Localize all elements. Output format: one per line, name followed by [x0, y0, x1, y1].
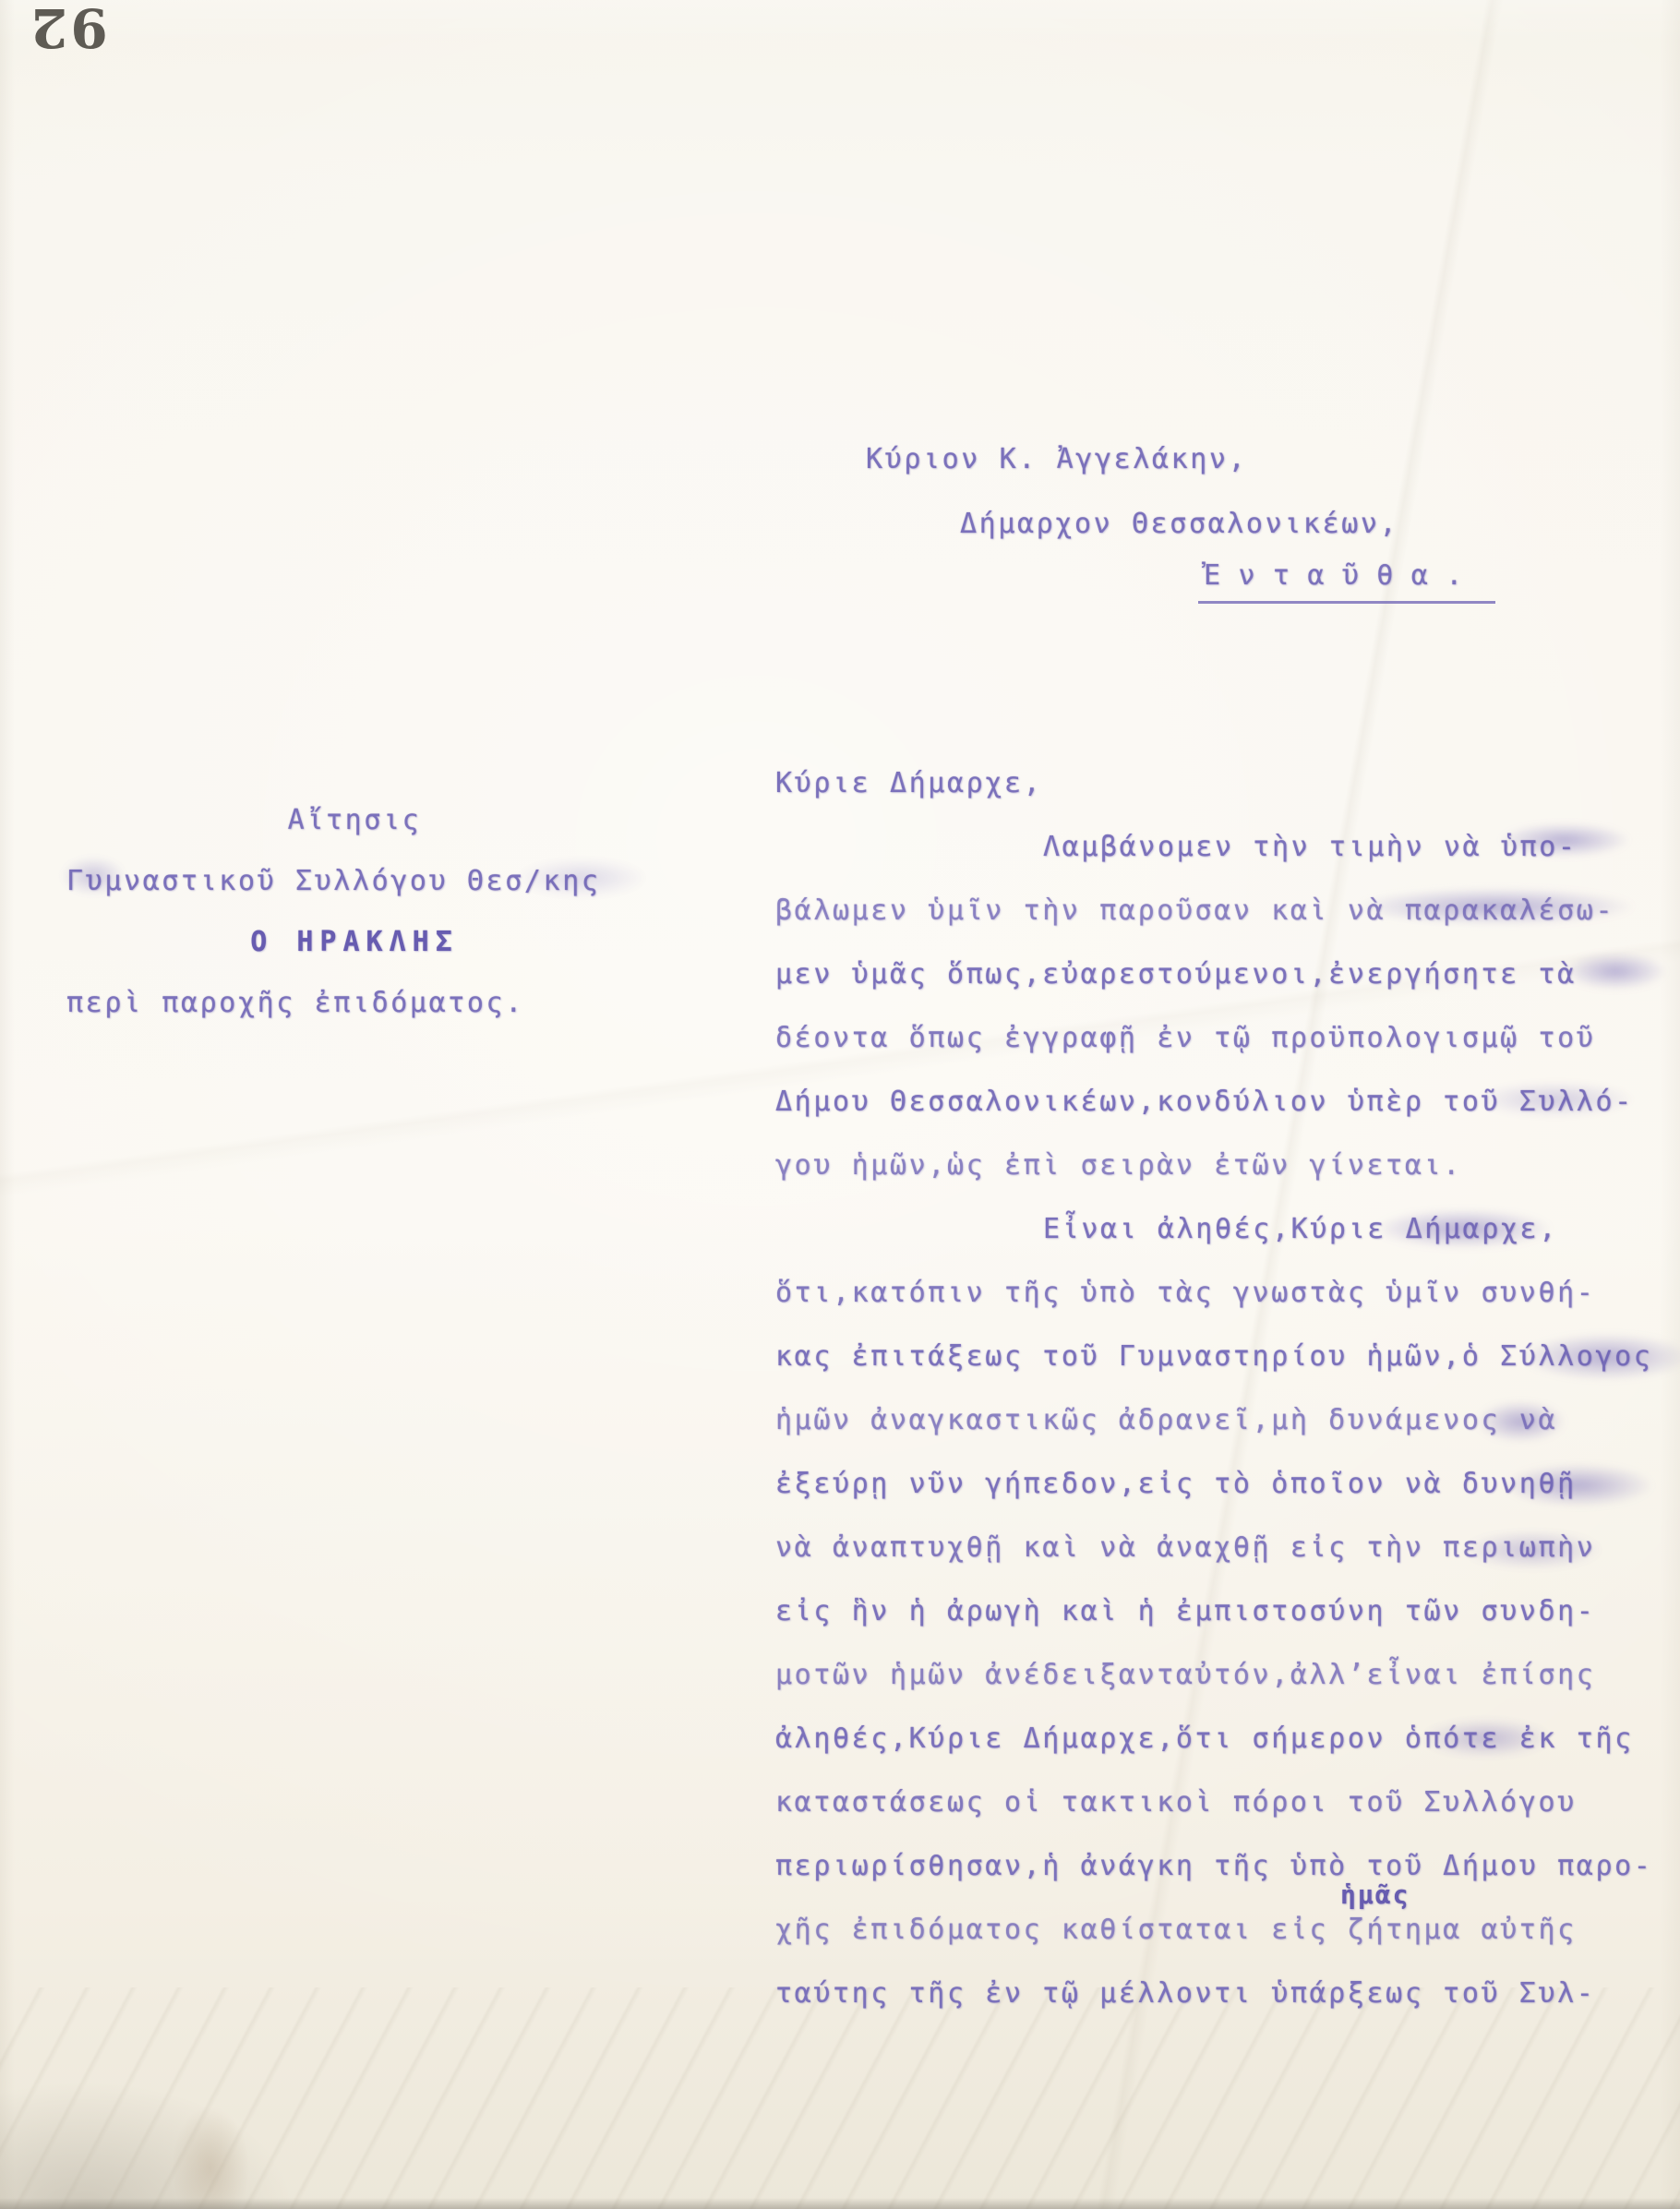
body-line: μοτῶν ἡμῶν ἀνέδειξανταὐτόν,ἀλλ’εἶναι ἐπί… — [775, 1643, 1652, 1707]
body-line: κας ἐπιτάξεως τοῦ Γυμναστηρίου ἡμῶν,ὁ Σύ… — [775, 1325, 1652, 1388]
subject-block: Αἴτησις Γυμναστικοῦ Συλλόγου Θεσ/κης Ο Η… — [66, 790, 642, 1034]
scan-bottom-edge — [0, 2198, 1680, 2209]
body-line: περιωρίσθησαν,ἡ ἀνάγκη τῆς ὑπὸ τοῦ Δήμου… — [775, 1834, 1652, 1898]
body-line: ἀληθές,Κύριε Δήμαρχε,ὅτι σήμερον ὁπότε ἐ… — [775, 1707, 1652, 1771]
body-line: δέοντα ὅπως ἐγγραφῇ ἐν τῷ προϋπολογισμῷ … — [775, 1006, 1652, 1070]
interlinear-insertion: ἡμᾶς — [1340, 1879, 1410, 1910]
body-line: γου ἡμῶν,ὡς ἐπὶ σειρὰν ἐτῶν γίνεται. — [775, 1134, 1652, 1197]
body-line: χῆς ἐπιδόματος καθίσταται εἰς ζήτημα αὐτ… — [775, 1898, 1652, 1962]
body-line: μεν ὑμᾶς ὅπως,εὐαρεστούμενοι,ἐνεργήσητε … — [775, 942, 1652, 1006]
subject-matter: περὶ παροχῆς ἐπιδόματος. — [66, 973, 642, 1034]
recipient-name: Κύριον Κ. Ἀγγελάκην, — [866, 441, 1247, 478]
recipient-location: Ἐνταῦθα. — [1198, 558, 1495, 604]
letter-page: 92 Κύριον Κ. Ἀγγελάκην, Δήμαρχον Θεσσαλο… — [0, 0, 1680, 2209]
body-line: βάλωμεν ὑμῖν τὴν παροῦσαν καὶ νὰ παρακαλ… — [775, 879, 1652, 942]
body-line: ταύτης τῆς ἐν τῷ μέλλοντι ὑπάρξεως τοῦ Σ… — [775, 1962, 1652, 2025]
body-line: νὰ ἀναπτυχθῇ καὶ νὰ ἀναχθῇ εἰς τὴν περιω… — [775, 1516, 1652, 1579]
salutation: Κύριε Δήμαρχε, — [775, 751, 1042, 815]
body-line: Δήμου Θεσσαλονικέων,κονδύλιον ὑπὲρ τοῦ Σ… — [775, 1070, 1652, 1134]
subject-organization: Γυμναστικοῦ Συλλόγου Θεσ/κης — [66, 851, 642, 912]
letter-body: Λαμβάνομεν τὴν τιμὴν νὰ ὑπο-βάλωμεν ὑμῖν… — [775, 815, 1652, 2025]
page-number-stamp: 92 — [28, 0, 108, 59]
body-line: εἰς ἣν ἡ ἀρωγὴ καὶ ἡ ἐμπιστοσύνη τῶν συν… — [775, 1579, 1652, 1643]
subject-club-name: Ο ΗΡΑΚΛΗΣ — [66, 912, 642, 973]
subject-heading: Αἴτησις — [66, 790, 642, 851]
body-line: Εἶναι ἀληθές,Κύριε Δήμαρχε, — [775, 1197, 1652, 1261]
recipient-title: Δήμαρχον Θεσσαλονικέων, — [960, 506, 1398, 543]
body-line: ἐξεύρῃ νῦν γήπεδον,εἰς τὸ ὁποῖον νὰ δυνη… — [775, 1452, 1652, 1516]
body-line: ὅτι,κατόπιν τῆς ὑπὸ τὰς γνωστὰς ὑμῖν συν… — [775, 1261, 1652, 1325]
body-line: Λαμβάνομεν τὴν τιμὴν νὰ ὑπο- — [775, 815, 1652, 879]
body-line: ἡμῶν ἀναγκαστικῶς ἀδρανεῖ,μὴ δυνάμενος ν… — [775, 1388, 1652, 1452]
body-line: καταστάσεως οἱ τακτικοὶ πόροι τοῦ Συλλόγ… — [775, 1771, 1652, 1834]
